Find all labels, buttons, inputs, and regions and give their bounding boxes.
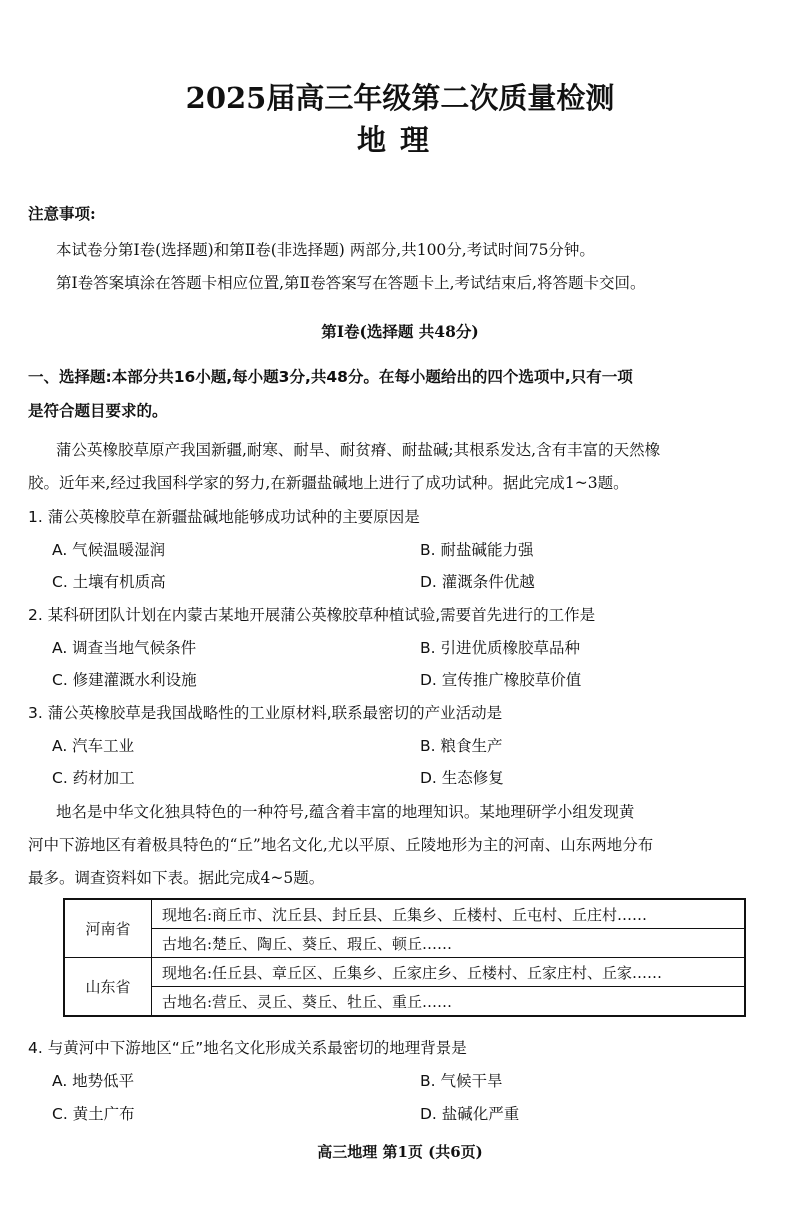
question-1-option-d[interactable]: D. 灌溉条件优越 [420,570,535,592]
notice-line-1: 本试卷分第Ⅰ卷(选择题)和第Ⅱ卷(非选择题) 两部分,共100分,考试时间75分… [56,238,595,260]
question-2-option-a[interactable]: A. 调查当地气候条件 [52,636,196,658]
section-heading: 第Ⅰ卷(选择题 共48分) [0,320,800,342]
question-4-option-d[interactable]: D. 盐碱化严重 [420,1102,519,1124]
question-3-option-d[interactable]: D. 生态修复 [420,766,504,788]
province-cell: 河南省 [64,899,152,958]
table-row: 山东省 现地名:任丘县、章丘区、丘集乡、丘家庄乡、丘楼村、丘家庄村、丘家…… [64,958,745,987]
question-1-stem: 1. 蒲公英橡胶草在新疆盐碱地能够成功试种的主要原因是 [28,505,420,527]
modern-names-cell: 现地名:任丘县、章丘区、丘集乡、丘家庄乡、丘楼村、丘家庄村、丘家…… [152,958,746,987]
passage1-line-1: 蒲公英橡胶草原产我国新疆,耐寒、耐旱、耐贫瘠、耐盐碱;其根系发达,含有丰富的天然… [56,438,660,460]
passage2-line-1: 地名是中华文化独具特色的一种符号,蕴含着丰富的地理知识。某地理研学小组发现黄 [56,800,634,822]
question-3-stem: 3. 蒲公英橡胶草是我国战略性的工业原材料,联系最密切的产业活动是 [28,701,502,723]
passage2-line-2: 河中下游地区有着极具特色的“丘”地名文化,尤以平原、丘陵地形为主的河南、山东两地… [28,833,653,855]
exam-title: 2025届高三年级第二次质量检测 [0,76,800,117]
question-2-option-d[interactable]: D. 宣传推广橡胶草价值 [420,668,581,690]
question-2-option-c[interactable]: C. 修建灌溉水利设施 [52,668,197,690]
passage2-line-3: 最多。调查资料如下表。据此完成4~5题。 [28,866,324,888]
passage1-line-2: 胶。近年来,经过我国科学家的努力,在新疆盐碱地上进行了成功试种。据此完成1~3题… [28,471,629,493]
question-3-option-a[interactable]: A. 汽车工业 [52,734,134,756]
question-1-option-b[interactable]: B. 耐盐碱能力强 [420,538,534,560]
place-name-table: 河南省 现地名:商丘市、沈丘县、封丘县、丘集乡、丘楼村、丘屯村、丘庄村…… 古地… [63,898,746,1017]
question-1-option-a[interactable]: A. 气候温暖湿润 [52,538,165,560]
question-3-option-b[interactable]: B. 粮食生产 [420,734,503,756]
province-cell: 山东省 [64,958,152,1017]
question-4-option-b[interactable]: B. 气候干旱 [420,1069,503,1091]
question-2-option-b[interactable]: B. 引进优质橡胶草品种 [420,636,580,658]
table-row: 河南省 现地名:商丘市、沈丘县、封丘县、丘集乡、丘楼村、丘屯村、丘庄村…… [64,899,745,929]
exam-subject: 地理 [0,118,800,159]
section-instruction-line-1: 一、选择题:本部分共16小题,每小题3分,共48分。在每小题给出的四个选项中,只… [28,365,633,387]
question-4-option-a[interactable]: A. 地势低平 [52,1069,134,1091]
question-4-option-c[interactable]: C. 黄土广布 [52,1102,135,1124]
table-row: 古地名:楚丘、陶丘、葵丘、瑕丘、顿丘…… [64,929,745,958]
question-4-stem: 4. 与黄河中下游地区“丘”地名文化形成关系最密切的地理背景是 [28,1036,467,1058]
ancient-names-cell: 古地名:营丘、灵丘、葵丘、牡丘、重丘…… [152,987,746,1017]
question-2-stem: 2. 某科研团队计划在内蒙古某地开展蒲公英橡胶草种植试验,需要首先进行的工作是 [28,603,595,625]
table-row: 古地名:营丘、灵丘、葵丘、牡丘、重丘…… [64,987,745,1017]
question-1-option-c[interactable]: C. 土壤有机质高 [52,570,166,592]
page-footer: 高三地理 第1页 (共6页) [0,1141,800,1162]
question-3-option-c[interactable]: C. 药材加工 [52,766,135,788]
section-instruction-line-2: 是符合题目要求的。 [28,399,168,421]
notice-heading: 注意事项: [28,202,96,224]
notice-line-2: 第Ⅰ卷答案填涂在答题卡相应位置,第Ⅱ卷答案写在答题卡上,考试结束后,将答题卡交回… [56,271,645,293]
ancient-names-cell: 古地名:楚丘、陶丘、葵丘、瑕丘、顿丘…… [152,929,746,958]
modern-names-cell: 现地名:商丘市、沈丘县、封丘县、丘集乡、丘楼村、丘屯村、丘庄村…… [152,899,746,929]
